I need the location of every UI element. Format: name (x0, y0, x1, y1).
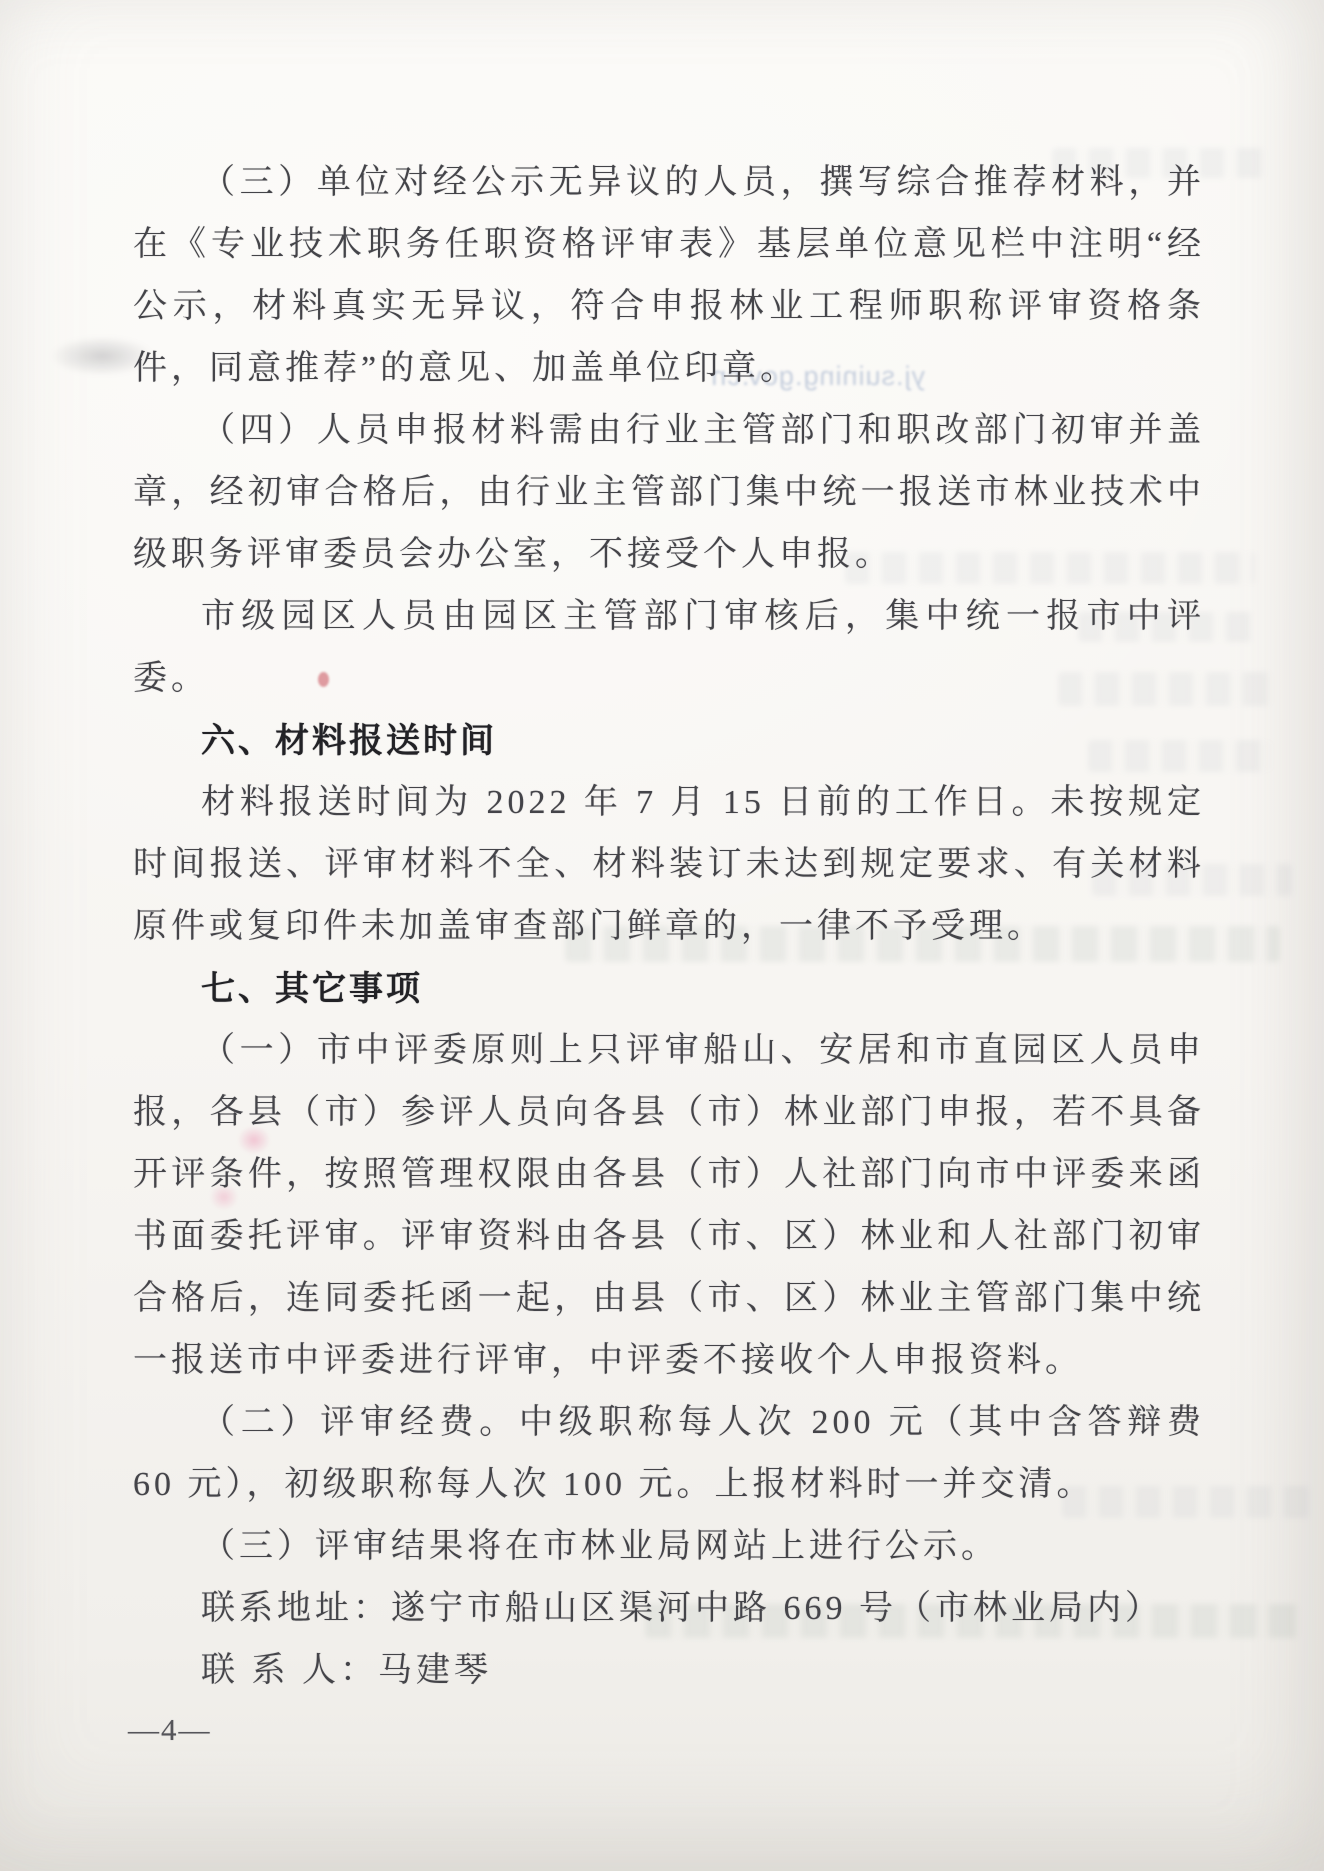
paragraph-review-scope: （一）市中评委原则上只评审船山、安居和市直园区人员申报，各县（市）参评人员向各县… (133, 1020, 1205, 1392)
paragraph-review-fees: （二）评审经费。中级职称每人次 200 元（其中含答辩费 60 元），初级职称每… (133, 1392, 1205, 1516)
section-heading-submission-time: 六、材料报送时间 (133, 710, 1205, 772)
paragraph-preliminary-review: （四）人员申报材料需由行业主管部门和职改部门初审并盖章，经初审合格后，由行业主管… (133, 400, 1205, 586)
section-heading-other-matters: 七、其它事项 (133, 958, 1205, 1020)
paragraph-result-publicity: （三）评审结果将在市林业局网站上进行公示。 (133, 1516, 1205, 1578)
scanned-document-page: yj.suining.gov.cn （三）单位对经公示无异议的人员，撰写综合推荐… (0, 0, 1324, 1871)
document-body: （三）单位对经公示无异议的人员，撰写综合推荐材料，并在《专业技术职务任职资格评审… (133, 152, 1205, 1702)
paragraph-contact-address: 联系地址：遂宁市船山区渠河中路 669 号（市林业局内） (133, 1578, 1205, 1640)
paragraph-submission-deadline: 材料报送时间为 2022 年 7 月 15 日前的工作日。未按规定时间报送、评审… (133, 772, 1205, 958)
page-number: —4— (128, 1712, 212, 1748)
paragraph-park-personnel: 市级园区人员由园区主管部门审核后，集中统一报市中评委。 (133, 586, 1205, 710)
paragraph-contact-person: 联 系 人：马建琴 (133, 1640, 1205, 1702)
paragraph-unit-recommendation: （三）单位对经公示无异议的人员，撰写综合推荐材料，并在《专业技术职务任职资格评审… (133, 152, 1205, 400)
